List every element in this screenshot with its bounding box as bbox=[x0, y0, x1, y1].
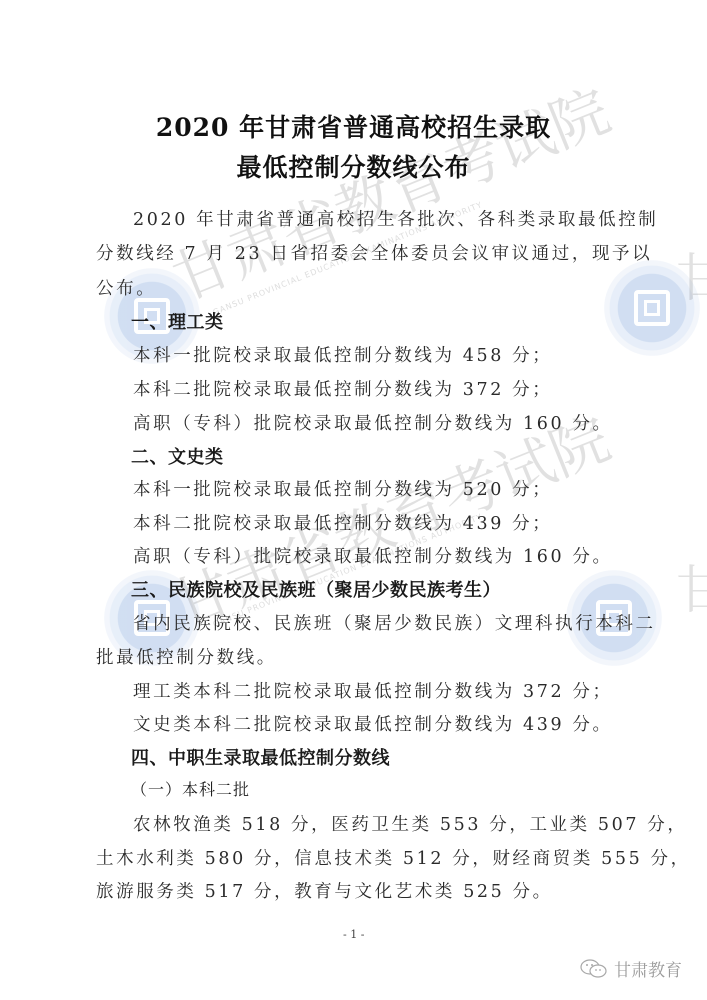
section-heading-ethnic: 三、民族院校及民族班（聚居少数民族考生） bbox=[131, 576, 501, 602]
section-heading-vocational: 四、中职生录取最低控制分数线 bbox=[131, 744, 390, 770]
page-number: - 1 - bbox=[343, 928, 364, 941]
brand-watermark: 甘肃教育 bbox=[580, 956, 682, 981]
section-line: 批最低控制分数线。 bbox=[96, 644, 277, 669]
section-line: 土木水利类 580 分，信息技术类 512 分，财经商贸类 555 分， bbox=[96, 845, 691, 870]
document-title-line1: 2020 年甘肃省普通高校招生录取 bbox=[0, 108, 707, 144]
section-subheading: （一）本科二批 bbox=[131, 777, 250, 800]
intro-line: 公布。 bbox=[96, 275, 156, 300]
intro-line: 分数线经 7 月 23 日省招委会全体委员会议审议通过，现予以 bbox=[96, 240, 652, 265]
watermark-edge-text: 甘肃 bbox=[676, 548, 707, 623]
section-line: 理工类本科二批院校录取最低控制分数线为 372 分； bbox=[133, 678, 613, 703]
intro-line: 2020 年甘肃省普通高校招生各批次、各科类录取最低控制 bbox=[133, 206, 658, 231]
wechat-icon bbox=[580, 958, 608, 980]
section-line: 高职（专科）批院校录取最低控制分数线为 160 分。 bbox=[133, 410, 613, 435]
section-line: 旅游服务类 517 分，教育与文化艺术类 525 分。 bbox=[96, 878, 553, 903]
section-line: 本科一批院校录取最低控制分数线为 520 分； bbox=[133, 476, 552, 501]
section-line: 本科二批院校录取最低控制分数线为 372 分； bbox=[133, 376, 552, 401]
brand-label: 甘肃教育 bbox=[614, 956, 682, 981]
section-line: 高职（专科）批院校录取最低控制分数线为 160 分。 bbox=[133, 543, 613, 568]
section-line: 本科二批院校录取最低控制分数线为 439 分； bbox=[133, 510, 552, 535]
document-title-line2: 最低控制分数线公布 bbox=[0, 148, 707, 184]
seal-watermark-icon bbox=[604, 260, 700, 356]
section-line: 农林牧渔类 518 分，医药卫生类 553 分，工业类 507 分， bbox=[133, 811, 687, 836]
watermark-text: 甘肃省教育考试院 bbox=[159, 64, 621, 316]
section-line: 省内民族院校、民族班（聚居少数民族）文理科执行本科二 bbox=[133, 610, 656, 635]
section-heading-science: 一、理工类 bbox=[131, 308, 224, 334]
section-line: 本科一批院校录取最低控制分数线为 458 分； bbox=[133, 342, 552, 367]
watermark-edge-text: 甘肃 bbox=[676, 236, 707, 311]
section-heading-liberal-arts: 二、文史类 bbox=[131, 443, 224, 469]
section-line: 文史类本科二批院校录取最低控制分数线为 439 分。 bbox=[133, 711, 613, 736]
